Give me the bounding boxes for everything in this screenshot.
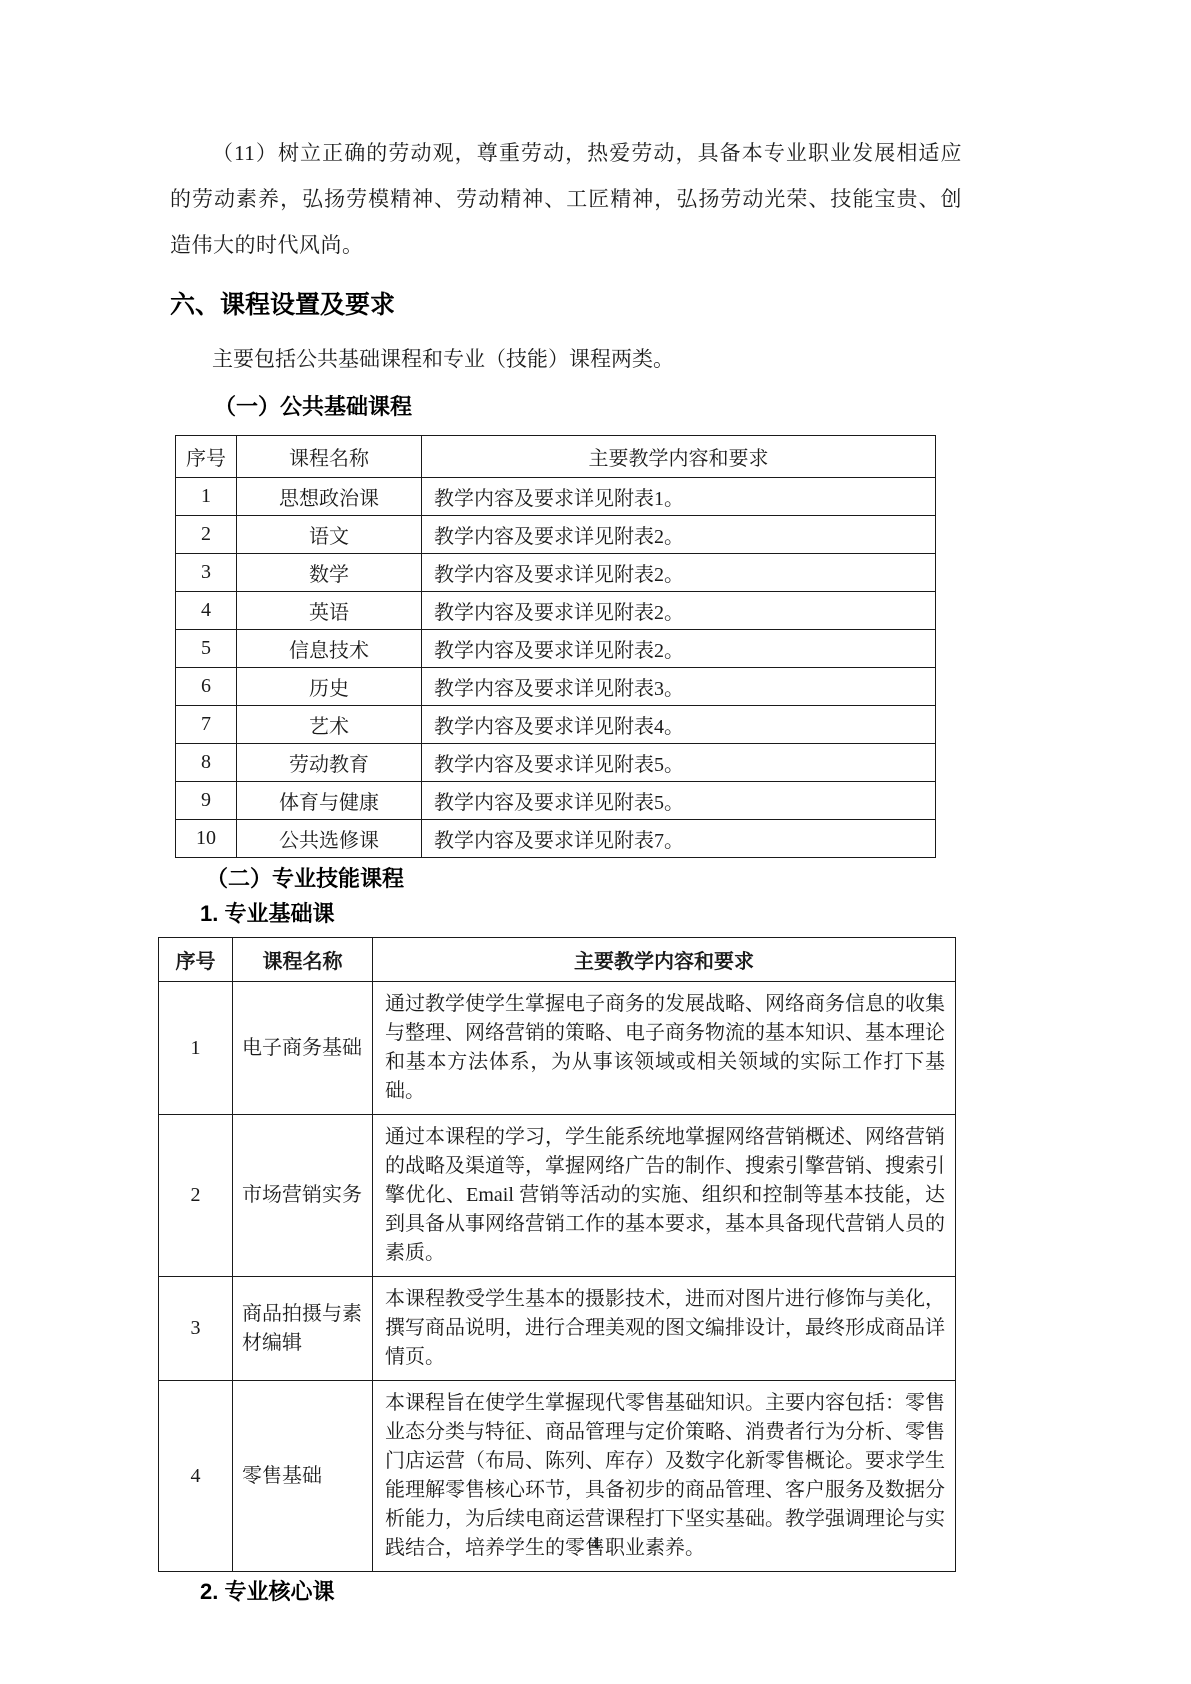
cell-requirements: 本课程教受学生基本的摄影技术，进而对图片进行修饰与美化，撰写商品说明，进行合理美… xyxy=(373,1277,956,1381)
cell-requirements: 通过本课程的学习，学生能系统地掌握网络营销概述、网络营销的战略及渠道等，掌握网络… xyxy=(373,1115,956,1277)
header-cell-requirements: 主要教学内容和要求 xyxy=(422,436,936,478)
professional-basic-heading: 1. 专业基础课 xyxy=(200,899,962,929)
cell-index: 3 xyxy=(159,1277,233,1381)
table-row: 1 电子商务基础 通过教学使学生掌握电子商务的发展战略、网络商务信息的收集与整理… xyxy=(159,982,956,1115)
table-row: 1 思想政治课 教学内容及要求详见附表1。 xyxy=(176,478,936,516)
cell-course-name: 艺术 xyxy=(237,706,422,744)
cell-course-name: 信息技术 xyxy=(237,630,422,668)
cell-requirements: 教学内容及要求详见附表4。 xyxy=(422,706,936,744)
cell-course-name: 劳动教育 xyxy=(237,744,422,782)
header-cell-course-name: 课程名称 xyxy=(237,436,422,478)
table-row: 2 市场营销实务 通过本课程的学习，学生能系统地掌握网络营销概述、网络营销的战略… xyxy=(159,1115,956,1277)
cell-course-name: 英语 xyxy=(237,592,422,630)
cell-requirements: 教学内容及要求详见附表2。 xyxy=(422,554,936,592)
cell-index: 6 xyxy=(176,668,237,706)
cell-index: 2 xyxy=(159,1115,233,1277)
cell-course-name: 商品拍摄与素材编辑 xyxy=(233,1277,373,1381)
cell-course-name: 公共选修课 xyxy=(237,820,422,858)
cell-index: 9 xyxy=(176,782,237,820)
table-row: 7 艺术 教学内容及要求详见附表4。 xyxy=(176,706,936,744)
cell-index: 4 xyxy=(176,592,237,630)
cell-requirements: 教学内容及要求详见附表7。 xyxy=(422,820,936,858)
header-cell-requirements: 主要教学内容和要求 xyxy=(373,938,956,982)
table-row: 9 体育与健康 教学内容及要求详见附表5。 xyxy=(176,782,936,820)
cell-index: 8 xyxy=(176,744,237,782)
cell-requirements: 教学内容及要求详见附表2。 xyxy=(422,592,936,630)
page-content: （11）树立正确的劳动观，尊重劳动，热爱劳动，具备本专业职业发展相适应的劳动素养… xyxy=(170,130,962,1607)
cell-index: 1 xyxy=(159,982,233,1115)
cell-course-name: 电子商务基础 xyxy=(233,982,373,1115)
document-page: （11）树立正确的劳动观，尊重劳动，热爱劳动，具备本专业职业发展相适应的劳动素养… xyxy=(0,0,1191,1684)
paragraph-labor-values: （11）树立正确的劳动观，尊重劳动，热爱劳动，具备本专业职业发展相适应的劳动素养… xyxy=(170,130,962,268)
intro-text: 主要包括公共基础课程和专业（技能）课程两类。 xyxy=(170,344,962,374)
cell-requirements: 教学内容及要求详见附表3。 xyxy=(422,668,936,706)
subsection-public-basic-heading: （一）公共基础课程 xyxy=(214,392,962,422)
cell-requirements: 教学内容及要求详见附表2。 xyxy=(422,516,936,554)
cell-index: 7 xyxy=(176,706,237,744)
public-basic-courses-table: 序号 课程名称 主要教学内容和要求 1 思想政治课 教学内容及要求详见附表1。 … xyxy=(175,435,936,858)
cell-index: 10 xyxy=(176,820,237,858)
cell-course-name: 思想政治课 xyxy=(237,478,422,516)
cell-course-name: 数学 xyxy=(237,554,422,592)
table-header-row: 序号 课程名称 主要教学内容和要求 xyxy=(176,436,936,478)
table-row: 10 公共选修课 教学内容及要求详见附表7。 xyxy=(176,820,936,858)
header-cell-index: 序号 xyxy=(159,938,233,982)
cell-requirements: 教学内容及要求详见附表5。 xyxy=(422,782,936,820)
table-row: 4 英语 教学内容及要求详见附表2。 xyxy=(176,592,936,630)
subsection-professional-skill-heading: （二）专业技能课程 xyxy=(206,864,962,894)
cell-requirements: 教学内容及要求详见附表2。 xyxy=(422,630,936,668)
header-cell-course-name: 课程名称 xyxy=(233,938,373,982)
table-row: 8 劳动教育 教学内容及要求详见附表5。 xyxy=(176,744,936,782)
cell-requirements: 教学内容及要求详见附表5。 xyxy=(422,744,936,782)
cell-index: 5 xyxy=(176,630,237,668)
table-row: 3 商品拍摄与素材编辑 本课程教受学生基本的摄影技术，进而对图片进行修饰与美化，… xyxy=(159,1277,956,1381)
table-row: 3 数学 教学内容及要求详见附表2。 xyxy=(176,554,936,592)
cell-requirements: 教学内容及要求详见附表1。 xyxy=(422,478,936,516)
cell-index: 2 xyxy=(176,516,237,554)
table-row: 5 信息技术 教学内容及要求详见附表2。 xyxy=(176,630,936,668)
table-header-row: 序号 课程名称 主要教学内容和要求 xyxy=(159,938,956,982)
cell-course-name: 市场营销实务 xyxy=(233,1115,373,1277)
cell-requirements: 通过教学使学生掌握电子商务的发展战略、网络商务信息的收集与整理、网络营销的策略、… xyxy=(373,982,956,1115)
header-cell-index: 序号 xyxy=(176,436,237,478)
section-heading-course-setup: 六、课程设置及要求 xyxy=(170,288,962,322)
cell-index: 3 xyxy=(176,554,237,592)
table-row: 6 历史 教学内容及要求详见附表3。 xyxy=(176,668,936,706)
cell-course-name: 语文 xyxy=(237,516,422,554)
professional-basic-courses-table: 序号 课程名称 主要教学内容和要求 1 电子商务基础 通过教学使学生掌握电子商务… xyxy=(158,937,956,1572)
cell-course-name: 体育与健康 xyxy=(237,782,422,820)
page-number: 4 xyxy=(0,1533,1191,1554)
cell-course-name: 历史 xyxy=(237,668,422,706)
table-row: 2 语文 教学内容及要求详见附表2。 xyxy=(176,516,936,554)
cell-index: 1 xyxy=(176,478,237,516)
professional-core-heading: 2. 专业核心课 xyxy=(200,1577,962,1607)
